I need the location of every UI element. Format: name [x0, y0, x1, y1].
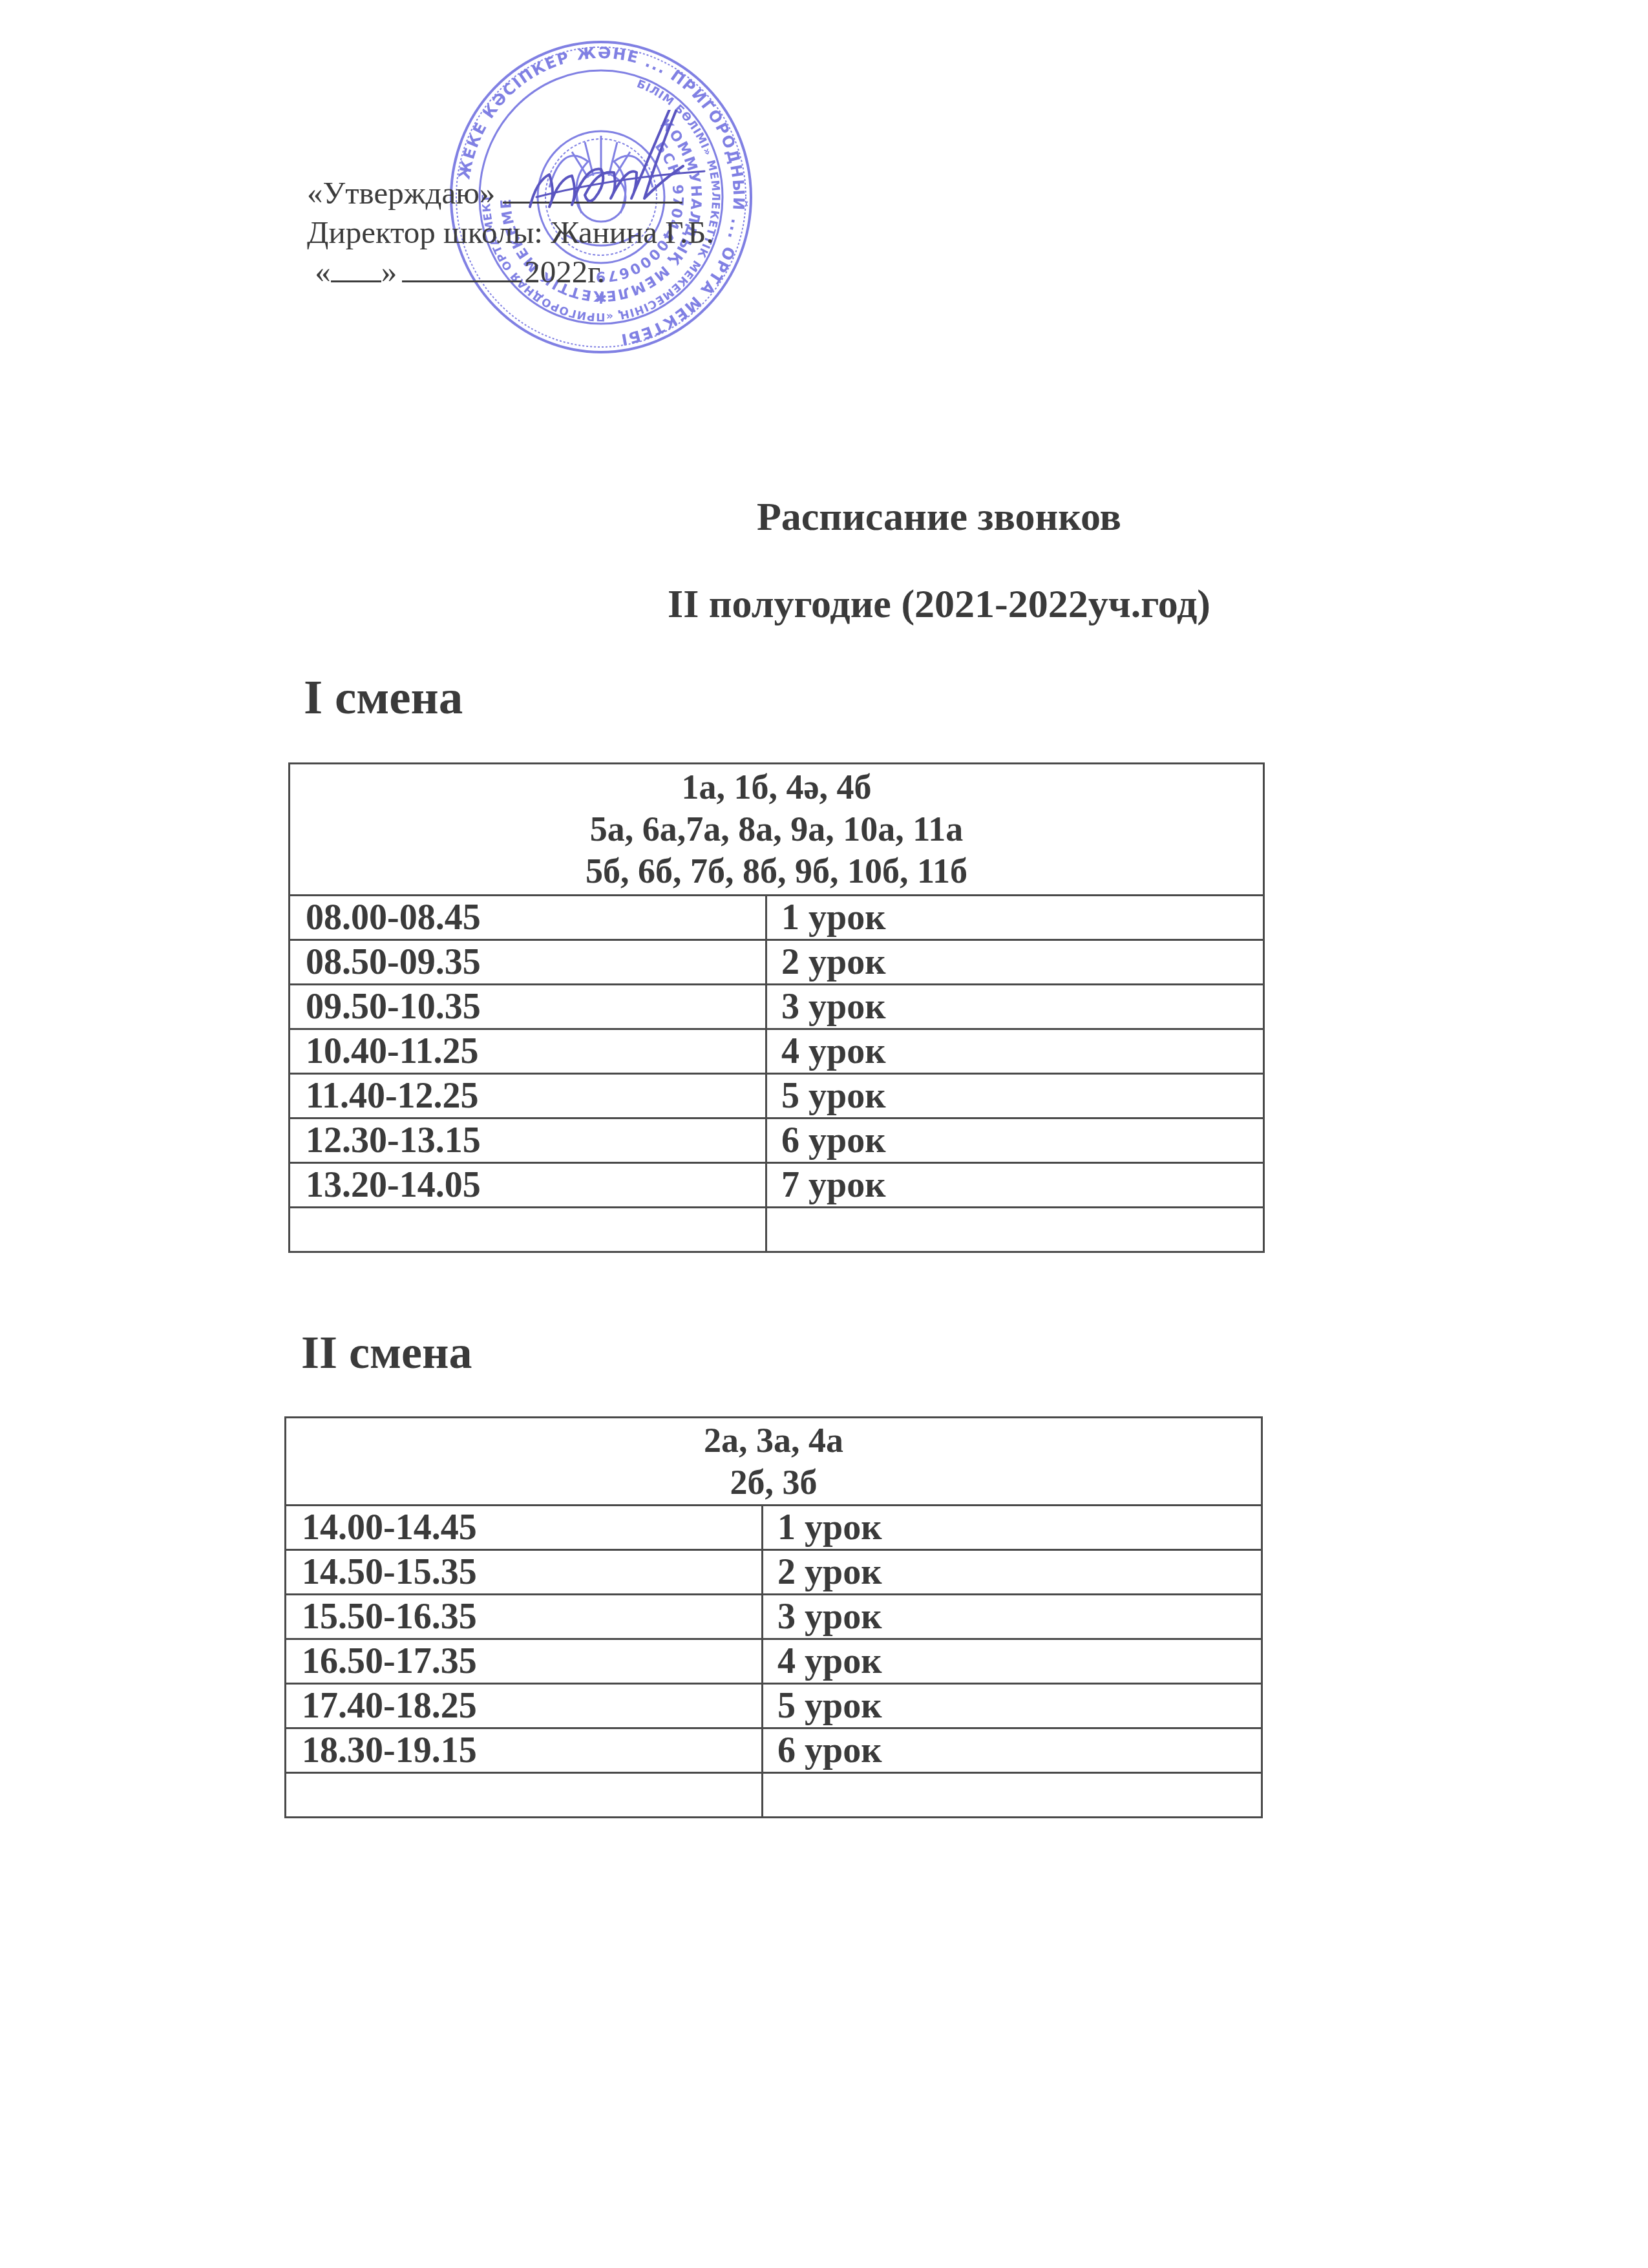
shift-1-label: I смена	[304, 670, 463, 726]
table-row: 16.50-17.354 урок	[286, 1639, 1262, 1684]
lesson-cell: 1 урок	[763, 1506, 1262, 1550]
time-cell	[290, 1208, 766, 1252]
director-line: Директор школы: Жанина Г.Б.	[307, 213, 714, 252]
time-cell: 10.40-11.25	[290, 1029, 766, 1074]
table-row: 17.40-18.255 урок	[286, 1684, 1262, 1728]
approve-label: «Утверждаю»	[307, 175, 495, 211]
time-cell: 14.50-15.35	[286, 1550, 763, 1595]
table-row: 08.50-09.352 урок	[290, 940, 1264, 985]
time-cell: 09.50-10.35	[290, 985, 766, 1029]
table-header-row: 2а, 3а, 4а 2б, 3б	[286, 1418, 1262, 1506]
svg-text:✱: ✱	[595, 291, 607, 308]
table-row: 14.00-14.451 урок	[286, 1506, 1262, 1550]
classes-header-cell: 2а, 3а, 4а 2б, 3б	[286, 1418, 1262, 1506]
table-header-row: 1а, 1б, 4ә, 4б 5а, 6а,7а, 8а, 9а, 10а, 1…	[290, 764, 1264, 896]
lesson-cell: 3 урок	[763, 1595, 1262, 1639]
page-subtitle: II полугодие (2021-2022уч.год)	[0, 582, 1648, 627]
table-row: 11.40-12.255 урок	[290, 1074, 1264, 1118]
table-row: 12.30-13.156 урок	[290, 1118, 1264, 1163]
lesson-cell: 4 урок	[766, 1029, 1264, 1074]
time-cell: 15.50-16.35	[286, 1595, 763, 1639]
lesson-cell: 4 урок	[763, 1639, 1262, 1684]
classes-header-cell: 1а, 1б, 4ә, 4б 5а, 6а,7а, 8а, 9а, 10а, 1…	[290, 764, 1264, 896]
time-cell: 14.00-14.45	[286, 1506, 763, 1550]
table-row: 13.20-14.057 урок	[290, 1163, 1264, 1208]
table-row-empty	[290, 1208, 1264, 1252]
time-cell: 12.30-13.15	[290, 1118, 766, 1163]
shift-1-schedule-table: 1а, 1б, 4ә, 4б 5а, 6а,7а, 8а, 9а, 10а, 1…	[288, 762, 1265, 1253]
lesson-cell: 7 урок	[766, 1163, 1264, 1208]
table-row: 08.00-08.451 урок	[290, 896, 1264, 940]
time-cell: 16.50-17.35	[286, 1639, 763, 1684]
classes-line: 2а, 3а, 4а	[286, 1420, 1261, 1462]
classes-line: 1а, 1б, 4ә, 4б	[290, 766, 1263, 808]
table-row-empty	[286, 1773, 1262, 1818]
lesson-cell: 3 урок	[766, 985, 1264, 1029]
time-cell: 08.00-08.45	[290, 896, 766, 940]
time-cell: 18.30-19.15	[286, 1728, 763, 1773]
month-blank	[402, 255, 522, 282]
classes-line: 5а, 6а,7а, 8а, 9а, 10а, 11а	[290, 808, 1263, 850]
date-line: «»2022г.	[307, 252, 714, 291]
signature-blank	[503, 176, 682, 204]
day-blank	[331, 255, 381, 282]
approve-line: «Утверждаю»	[307, 173, 714, 213]
shift-2-label: II смена	[301, 1326, 472, 1380]
shift-2-schedule-table: 2а, 3а, 4а 2б, 3б 14.00-14.451 урок 14.5…	[284, 1416, 1263, 1818]
lesson-cell: 5 урок	[763, 1684, 1262, 1728]
table-row: 14.50-15.352 урок	[286, 1550, 1262, 1595]
table-row: 10.40-11.254 урок	[290, 1029, 1264, 1074]
time-cell	[286, 1773, 763, 1818]
classes-line: 2б, 3б	[286, 1462, 1261, 1504]
lesson-cell: 1 урок	[766, 896, 1264, 940]
table-row: 15.50-16.353 урок	[286, 1595, 1262, 1639]
lesson-cell	[763, 1773, 1262, 1818]
time-cell: 17.40-18.25	[286, 1684, 763, 1728]
time-cell: 08.50-09.35	[290, 940, 766, 985]
table-row: 09.50-10.353 урок	[290, 985, 1264, 1029]
lesson-cell: 6 урок	[763, 1728, 1262, 1773]
lesson-cell: 6 урок	[766, 1118, 1264, 1163]
time-cell: 13.20-14.05	[290, 1163, 766, 1208]
time-cell: 11.40-12.25	[290, 1074, 766, 1118]
classes-line: 5б, 6б, 7б, 8б, 9б, 10б, 11б	[290, 850, 1263, 892]
lesson-cell: 2 урок	[766, 940, 1264, 985]
table-row: 18.30-19.156 урок	[286, 1728, 1262, 1773]
page-title: Расписание звонков	[0, 494, 1648, 540]
year-text: 2022г.	[524, 254, 605, 289]
lesson-cell	[766, 1208, 1264, 1252]
approval-block: «Утверждаю» Директор школы: Жанина Г.Б. …	[307, 173, 714, 291]
lesson-cell: 5 урок	[766, 1074, 1264, 1118]
lesson-cell: 2 урок	[763, 1550, 1262, 1595]
